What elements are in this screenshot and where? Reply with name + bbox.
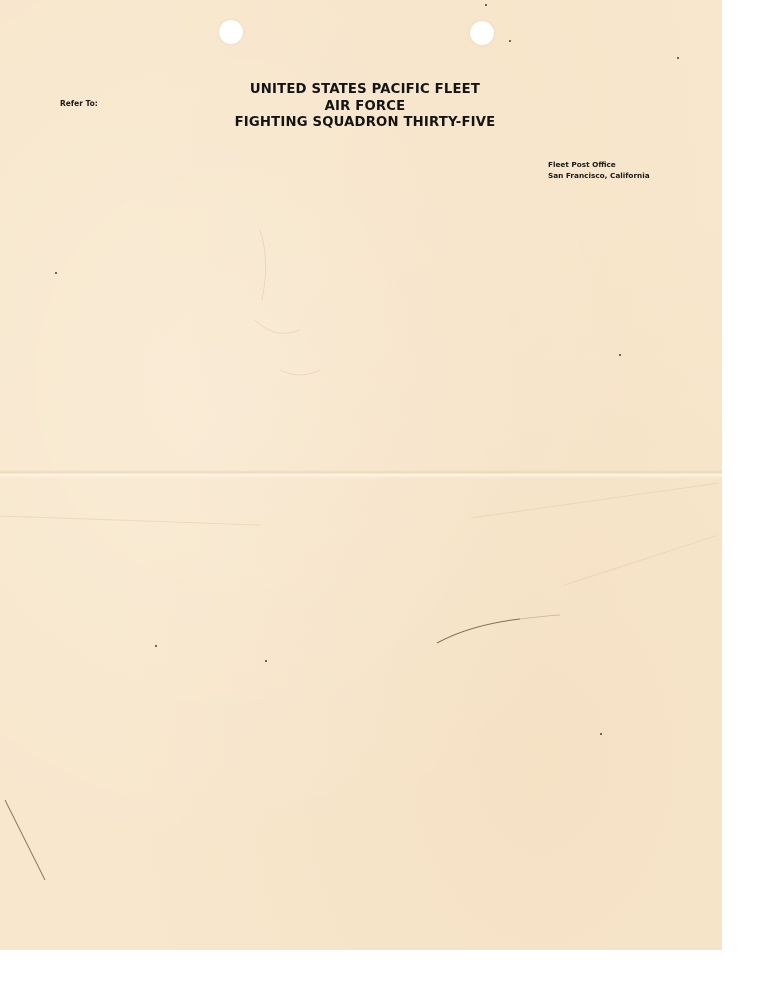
paper-speck [265, 660, 267, 662]
letterhead-line-2: AIR FORCE [200, 99, 530, 116]
letterhead-paper: Refer To: UNITED STATES PACIFIC FLEET AI… [0, 0, 722, 950]
paper-speck [600, 733, 602, 735]
letterhead-title: UNITED STATES PACIFIC FLEET AIR FORCE FI… [200, 82, 530, 132]
address-line-2: San Francisco, California [548, 171, 650, 182]
paper-crease [471, 483, 719, 519]
letterhead-line-3: FIGHTING SQUADRON THIRTY-FIVE [200, 115, 530, 132]
punch-hole-left [219, 20, 243, 44]
paper-speck [485, 4, 487, 6]
paper-speck [509, 40, 511, 42]
paper-speck [55, 272, 57, 274]
paper-crease [0, 515, 260, 525]
return-address: Fleet Post Office San Francisco, Califor… [548, 160, 650, 181]
paper-speck [619, 354, 621, 356]
refer-to-label: Refer To: [60, 99, 98, 108]
paper-crease [564, 535, 716, 585]
letterhead-line-1: UNITED STATES PACIFIC FLEET [200, 82, 530, 99]
paper-speck [677, 57, 679, 59]
address-line-1: Fleet Post Office [548, 160, 650, 171]
paper-fold-line [0, 470, 722, 478]
punch-hole-right [470, 21, 494, 45]
paper-speck [155, 645, 157, 647]
